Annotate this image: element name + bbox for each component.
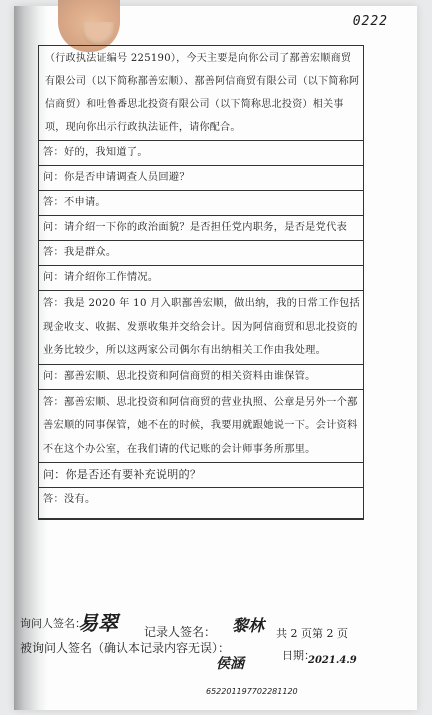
interrogation-record-table: （行政执法证编号 225190），今天主要是向你公司了鄯善宏顺商贸有限公司（以下… bbox=[38, 45, 364, 520]
intro-paragraph: （行政执法证编号 225190），今天主要是向你公司了鄯善宏顺商贸有限公司（以下… bbox=[39, 46, 363, 141]
question-row: 问：请介绍一下你的政治面貌？是否担任党内职务，是否是党代表 bbox=[39, 216, 363, 241]
interrogator-label: 询问人签名： bbox=[20, 615, 86, 631]
answer-row: 答：不申请。 bbox=[39, 191, 363, 216]
interviewee-label: 被询问人签名（确认本记录内容无误）： bbox=[20, 639, 230, 656]
question-row: 问：鄯善宏顺、思北投资和阿信商贸的相关资料由谁保管。 bbox=[39, 365, 363, 390]
page-info: 共 2 页第 2 页 bbox=[276, 625, 348, 641]
answer-row: 答：好的，我知道了。 bbox=[39, 141, 363, 166]
page-number: 0222 bbox=[353, 14, 388, 29]
answer-row: 答：鄯善宏顺、思北投资和阿信商贸的营业执照、公章是另外一个鄯善宏顺的同事保管，她… bbox=[39, 390, 363, 464]
question-row: 问：你是否还有要补充说明的？ bbox=[39, 463, 363, 488]
answer-row: 答：我是 2020 年 10 月入职鄯善宏顺，做出纳，我的日常工作包括现金收支、… bbox=[39, 291, 363, 365]
answer-row: 答：我是群众。 bbox=[39, 241, 363, 266]
date-value: 2021.4.9 bbox=[308, 655, 357, 666]
recorder-label: 记录人签名： bbox=[144, 623, 216, 640]
recorder-signature: 黎林 bbox=[232, 613, 264, 636]
question-row: 问：请介绍你工作情况。 bbox=[39, 266, 363, 291]
answer-row: 答：没有。 bbox=[39, 488, 363, 519]
interviewee-signature: 侯涵 bbox=[216, 653, 244, 673]
interrogator-signature: 易翠 bbox=[78, 607, 118, 636]
question-row: 问：你是否申请调查人员回避？ bbox=[39, 166, 363, 191]
handwritten-id-number: 652201197702281120 bbox=[206, 687, 298, 696]
